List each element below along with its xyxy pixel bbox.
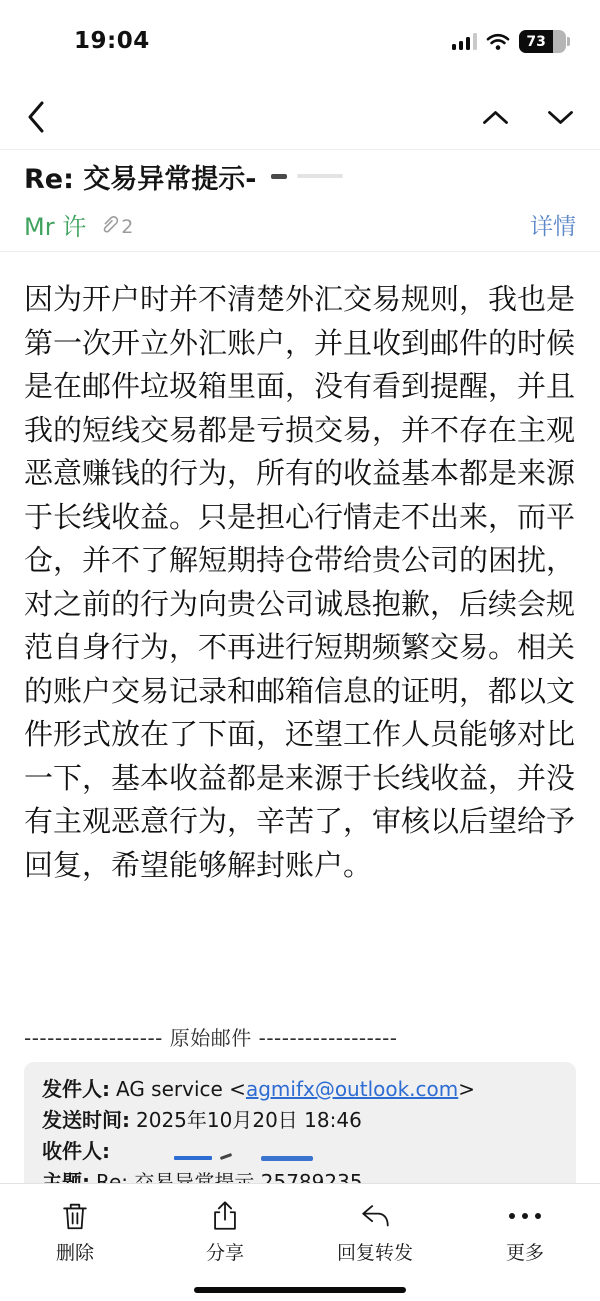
mail-read-screen: 19:04 73 [0, 0, 600, 1301]
quoted-sent-row: 发送时间:2025年10月20日 18:46 [42, 1105, 558, 1136]
original-mail-separator: ------------------ 原始邮件 ----------------… [24, 1024, 600, 1052]
cellular-signal-icon [452, 33, 478, 50]
bottom-toolbar: 删除 分享 回复转发 更多 [0, 1183, 600, 1301]
mail-body-text: 因为开户时并不清楚外汇交易规则，我也是第一次开立外汇账户，并且收到邮件的时候是在… [24, 278, 576, 887]
from-email-link[interactable]: agmifx@outlook.com [246, 1077, 458, 1101]
attachment-count: 2 [121, 216, 133, 238]
paperclip-icon [98, 214, 120, 236]
wifi-icon [486, 33, 510, 51]
details-link[interactable]: 详情 [530, 208, 576, 241]
mail-subject: Re: 交易异常提示- [24, 157, 257, 196]
from-suffix: > [458, 1077, 475, 1101]
more-icon [509, 1199, 541, 1233]
reply-forward-icon [358, 1199, 392, 1233]
sent-value: 2025年10月20日 18:46 [136, 1108, 362, 1132]
from-name: AG service < [116, 1077, 246, 1101]
sender-row: Mr 许 2 详情 [0, 198, 600, 252]
share-label: 分享 [206, 1238, 244, 1265]
more-label: 更多 [506, 1238, 544, 1265]
sender-name[interactable]: Mr 许 [24, 207, 86, 242]
home-indicator[interactable] [194, 1287, 406, 1293]
delete-button[interactable]: 删除 [0, 1184, 150, 1301]
subject-row: Re: 交易异常提示- [0, 150, 600, 198]
to-label: 收件人: [42, 1139, 110, 1163]
trash-icon [58, 1199, 92, 1233]
chevron-up-icon [482, 110, 509, 125]
reply-forward-label: 回复转发 [337, 1238, 413, 1265]
status-icons: 73 [452, 30, 571, 53]
clock: 19:04 [74, 28, 150, 54]
delete-label: 删除 [56, 1238, 94, 1265]
back-button[interactable] [26, 100, 46, 134]
quoted-subject-row: 主题:Re: 交易异常提示 25789235 [42, 1167, 558, 1183]
more-button[interactable]: 更多 [450, 1184, 600, 1301]
redacted-recipient [116, 1143, 386, 1163]
previous-mail-button[interactable] [482, 110, 509, 125]
chevron-down-icon [547, 110, 574, 125]
share-button[interactable]: 分享 [150, 1184, 300, 1301]
attachments-indicator[interactable]: 2 [98, 214, 133, 236]
status-bar: 19:04 73 [0, 0, 600, 85]
next-mail-button[interactable] [547, 110, 574, 125]
reply-forward-button[interactable]: 回复转发 [300, 1184, 450, 1301]
quoted-mail-header: 发件人:AG service <agmifx@outlook.com> 发送时间… [24, 1062, 576, 1183]
chevron-left-icon [26, 100, 46, 134]
from-label: 发件人: [42, 1077, 110, 1101]
quoted-from-row: 发件人:AG service <agmifx@outlook.com> [42, 1074, 558, 1105]
share-icon [208, 1199, 242, 1233]
quoted-subject-label: 主题: [42, 1170, 90, 1183]
nav-bar [0, 85, 600, 150]
battery-percent: 73 [526, 34, 545, 50]
quoted-to-row: 收件人: [42, 1136, 558, 1167]
redacted-subject-smudge [297, 174, 343, 178]
sent-label: 发送时间: [42, 1108, 130, 1132]
battery-icon: 73 [519, 30, 570, 53]
mail-content[interactable]: 因为开户时并不清楚外汇交易规则，我也是第一次开立外汇账户，并且收到邮件的时候是在… [0, 252, 600, 1183]
quoted-subject-value: Re: 交易异常提示 25789235 [96, 1170, 363, 1183]
redacted-subject-mark [271, 174, 287, 179]
